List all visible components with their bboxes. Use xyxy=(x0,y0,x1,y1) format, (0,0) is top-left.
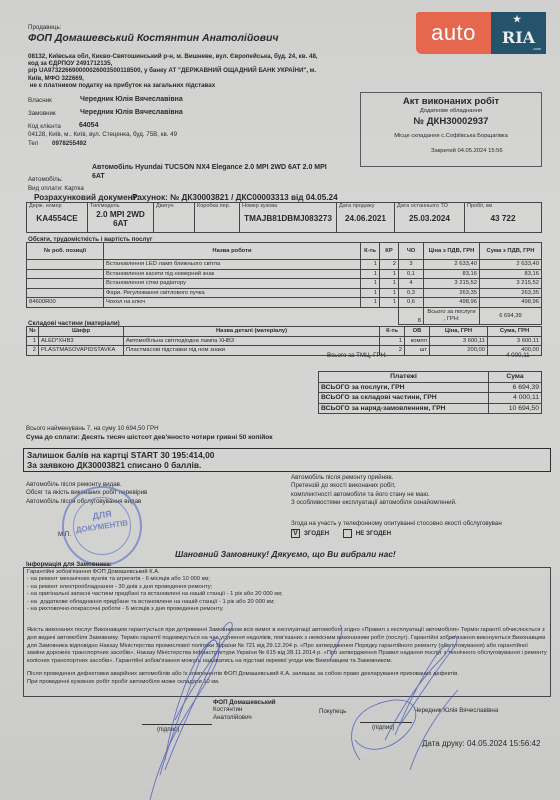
works-row: Встановлення касети під номерний знак110… xyxy=(27,269,542,279)
bonus-box: Залишок балів на картці START 30 195:414… xyxy=(23,448,551,472)
owner-label: Власник xyxy=(28,97,52,104)
act-title: Акт виконаних робіт xyxy=(361,96,541,107)
logo-ria: ★ RIA .com xyxy=(491,12,546,54)
logo-auto: auto xyxy=(416,12,491,54)
act-subtitle: Додаткове обладнання xyxy=(361,108,541,114)
thanks-message: Шановний Замовнику! Дякуємо, що Ви вибра… xyxy=(175,549,396,559)
seller-label: Продавець: xyxy=(28,24,61,31)
document-page: auto ★ RIA .com Продавець: ФОП Домашевсь… xyxy=(0,0,560,800)
client-code: 64054 xyxy=(79,122,98,129)
seller-address: 08132, Київська обл, Києво-Святошинський… xyxy=(28,53,358,89)
works-row: Встановлення LED ламп ближнього світла12… xyxy=(27,260,542,270)
client-code-label: Код клієнта xyxy=(28,123,61,130)
owner-name: Чередник Юлія Вячеславівна xyxy=(80,96,183,103)
vehicle-table: Держ. номерKA4554CE Тип/модель2.0 MPI 2W… xyxy=(26,202,542,233)
payment-row: ВСЬОГО за складові частини, ГРН4 000,11 xyxy=(319,393,542,404)
payment-row: ВСЬОГО за послуги, ГРН6 694,39 xyxy=(319,382,542,393)
settlement-doc-label: Розрахунковий документ: xyxy=(34,193,139,202)
parts-total: 4 000,11 xyxy=(506,352,530,359)
phone-label: Тел xyxy=(28,140,38,147)
seller-signatory: ФОП Домашевський Костянтин Анатолійович xyxy=(213,699,276,721)
buyer-label: Покупець xyxy=(319,708,346,715)
agree-checkbox[interactable]: V xyxy=(291,529,300,538)
buyer-name: Чередник Юлія Вячеславівна xyxy=(414,707,498,714)
last-service-cell: Дата останнього ТО25.03.2024 xyxy=(395,203,465,233)
stamp: ДЛЯ ДОКУМЕНТІВ xyxy=(62,486,142,566)
act-number: № ДКН30002937 xyxy=(361,116,541,127)
invoice-number: Рахунок: № ДК30003821 / ДКС00003313 від … xyxy=(132,193,338,202)
phone: 0978255492 xyxy=(52,140,86,147)
seller-name: ФОП Домашевський Костянтин Анатолійович xyxy=(28,32,279,44)
info-box: Гарантійні зобов'язання ФОП Домашевський… xyxy=(23,567,551,697)
engine-cell: Двигун xyxy=(154,203,195,233)
payment-row: ВСЬОГО за наряд-замовленням, ГРН10 694,5… xyxy=(319,403,542,414)
parts-total-label: Всього за ТМЦ, ГРН: xyxy=(327,352,387,359)
payments-table: Платежі Сума ВСЬОГО за послуги, ГРН6 694… xyxy=(318,371,542,414)
customer-address: 04128, Київ, м.. Київ, вул. Стеценка, бу… xyxy=(28,131,177,138)
star-icon: ★ xyxy=(513,15,521,25)
vehicle-label: Автомобіль: xyxy=(28,176,63,183)
print-date: Дата друку: 04.05.2024 15:56:42 xyxy=(422,739,540,748)
customer-name: Чередник Юлія Вячеславівна xyxy=(80,109,183,116)
parts-row: 1ALED*XHB3Автомобільна світлодіодна ламп… xyxy=(27,336,542,346)
gearbox-cell: Коробка пер. xyxy=(195,203,240,233)
works-row: Встановлення сітки радіатору1143 215,523… xyxy=(27,279,542,289)
disagree-checkbox[interactable] xyxy=(343,529,352,538)
survey-options: VЗГОДЕН НЕ ЗГОДЕН xyxy=(291,529,391,538)
parts-row: 2PLASTMASOVAPIDSTAVKAПластмасові підстав… xyxy=(27,346,542,356)
act-box: Акт виконаних робіт Додаткове обладнання… xyxy=(360,92,542,167)
survey-label: Згода на участь у телефонному опитуванні… xyxy=(291,520,502,527)
autoria-logo: auto ★ RIA .com xyxy=(416,12,546,54)
handover-right: Автомобіль після ремонту прийняв. Претен… xyxy=(291,474,457,507)
buyer-sign-caption: (підпис) xyxy=(372,724,394,731)
plate-cell: Держ. номерKA4554CE xyxy=(27,203,88,233)
act-place: Місце складання с.Софіївська Борщагівка xyxy=(361,133,541,139)
model-cell: Тип/модель2.0 MPI 2WD 6AT xyxy=(88,203,154,233)
vehicle-model: Автомобіль Hyundai TUCSON NX4 Elegance 2… xyxy=(92,164,362,181)
works-row: 84600R00Чохол на ключ110,6498,96498,96 xyxy=(27,298,542,308)
amount-in-words: Сума до сплати: Десять тисяч шістсот дев… xyxy=(26,434,273,441)
vin-cell: Номер кузоваTMAJB81DBMJ083273 xyxy=(240,203,337,233)
mileage-cell: Пробіг, км43 722 xyxy=(465,203,542,233)
customer-label: Замовник xyxy=(28,110,56,117)
works-table: № роб. позиції Назва роботи К-ть КР ЧО Ц… xyxy=(26,242,542,325)
parts-table: № Шифр Назва деталі (матеріалу) К-ть ОВ … xyxy=(26,326,542,356)
act-closed: Закритий 04.05.2024 15:56 xyxy=(361,148,541,154)
items-count-line: Всього найменувань 7, на суму 10 694,50 … xyxy=(26,425,159,432)
payment-type: Вид оплати: Картка xyxy=(28,185,84,192)
works-row: Фари. Регулювання світлового пучка110,32… xyxy=(27,288,542,298)
seller-sign-caption: (підпис) xyxy=(157,726,179,733)
sale-date-cell: Дата продажу24.06.2021 xyxy=(337,203,395,233)
